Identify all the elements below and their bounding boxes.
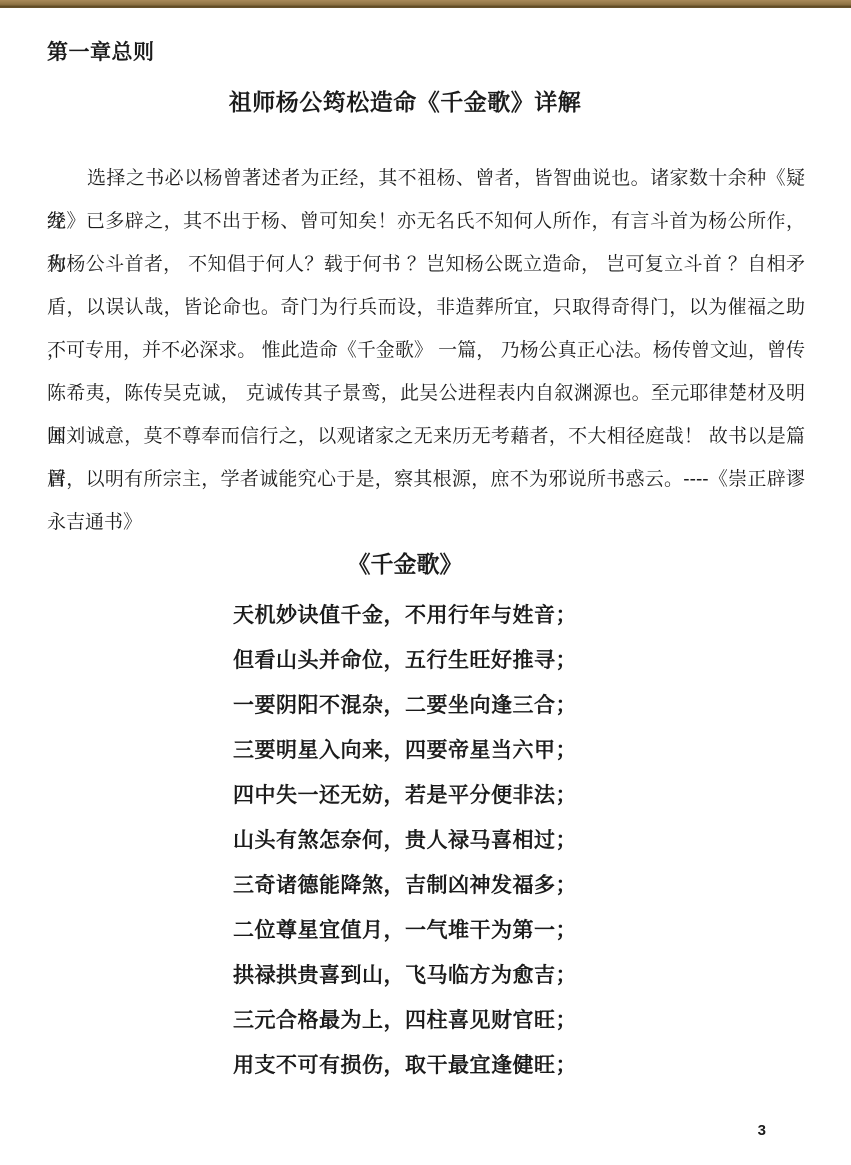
paragraph-line: 永吉通书》 xyxy=(47,501,805,544)
chapter-heading: 第一章总则 xyxy=(47,40,805,66)
verse-line: 三元合格最为上，四柱喜见财官旺； xyxy=(26,998,784,1043)
paragraph-line: 盾，以误认哉，皆论命也。奇门为行兵而设，非造葬所宜，只取得奇得门，以为催福之助 … xyxy=(47,286,805,329)
paragraph-line: 陈希夷，陈传吴克诚， 克诚传其子景鸾，此吴公进程表内自叙渊源也。至元耶律楚材及明… xyxy=(47,372,805,415)
verse-line: 但看山头并命位，五行生旺好推寻； xyxy=(26,638,784,683)
verse-line: 三要明星入向来，四要帝星当六甲； xyxy=(26,728,784,773)
scan-edge-bar xyxy=(0,0,851,8)
paragraph-line: 不可专用，并不必深求。 惟此造命《千金歌》 一篇， 乃杨公真正心法。杨传曾文辿，… xyxy=(47,329,805,372)
paragraph-line: 为杨公斗首者， 不知倡于何人？载于何书 ？岂知杨公既立造命， 岂可复立斗首 ？自… xyxy=(47,243,805,286)
page-number: 3 xyxy=(758,1122,766,1139)
paragraph-line: 首，以明有所宗主，学者诚能究心于是，察其根源，庶不为邪说所书惑云。----《崇正… xyxy=(47,458,805,501)
scanned-book-page: 第一章总则 祖师杨公筠松造命《千金歌》详解 选择之书必以杨曾著述者为正经，其不祖… xyxy=(0,0,851,1165)
paragraph-line: 师刘诚意，莫不尊奉而信行之，以观诸家之无来历无考藉者，不大相径庭哉！ 故书以是篇… xyxy=(47,415,805,458)
verse-line: 山头有煞怎奈何，贵人禄马喜相过； xyxy=(26,818,784,863)
song-title: 《千金歌》 xyxy=(26,546,784,582)
verse-line: 拱禄拱贵喜到山，飞马临方为愈吉； xyxy=(26,953,784,998)
paragraph-line: 选择之书必以杨曾著述者为正经，其不祖杨、曾者，皆智曲说也。诸家数十余种《疑龙 xyxy=(47,157,805,200)
verse-line: 一要阴阳不混杂，二要坐向逢三合； xyxy=(26,683,784,728)
verse-line: 天机妙诀值千金，不用行年与姓音； xyxy=(26,593,784,638)
page-content: 第一章总则 祖师杨公筠松造命《千金歌》详解 选择之书必以杨曾著述者为正经，其不祖… xyxy=(0,40,851,1088)
verse-block: 天机妙诀值千金，不用行年与姓音； 但看山头并命位，五行生旺好推寻； 一要阴阳不混… xyxy=(26,593,784,1088)
verse-line: 三奇诸德能降煞，吉制凶神发福多； xyxy=(26,863,784,908)
page-title: 祖师杨公筠松造命《千金歌》详解 xyxy=(26,88,784,116)
verse-line: 用支不可有损伤，取干最宜逢健旺； xyxy=(26,1043,784,1088)
verse-line: 二位尊星宜值月，一气堆干为第一； xyxy=(26,908,784,953)
verse-line: 四中失一还无妨，若是平分便非法； xyxy=(26,773,784,818)
intro-paragraph: 选择之书必以杨曾著述者为正经，其不祖杨、曾者，皆智曲说也。诸家数十余种《疑龙 经… xyxy=(47,157,805,544)
paragraph-line: 经》已多辟之，其不出于杨、曾可知矣！亦无名氏不知何人所作，有言斗首为杨公所作，称 xyxy=(47,200,805,243)
